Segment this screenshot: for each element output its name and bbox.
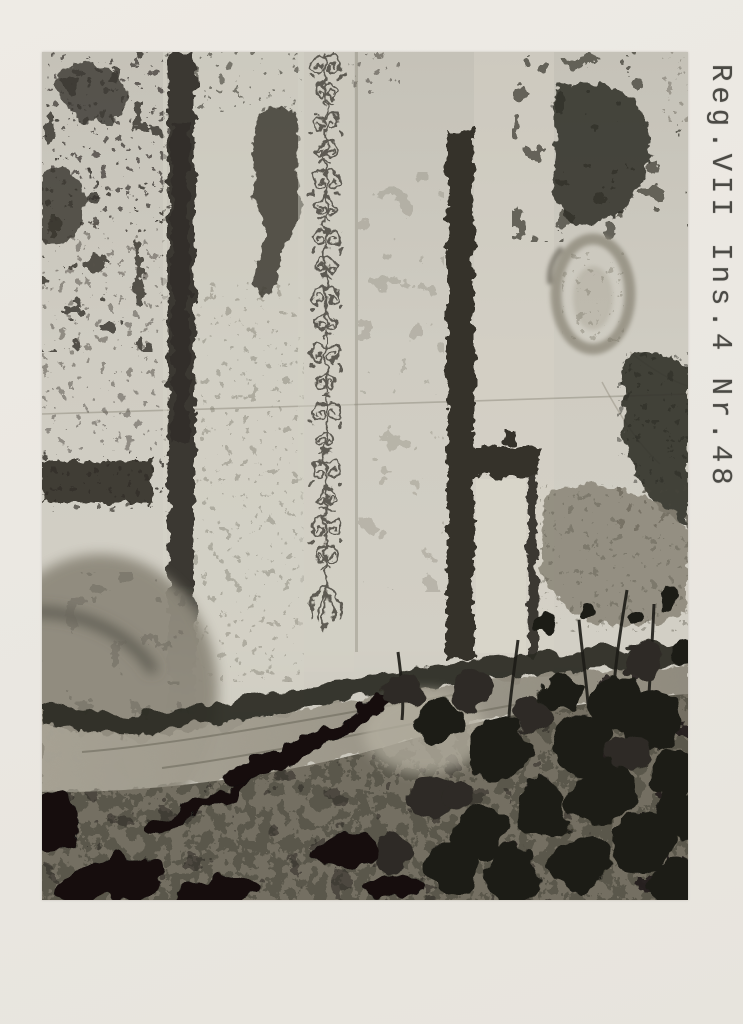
photo-registration-label: Reg.VII Ins.4 Nr.48 [703,64,737,490]
scanned-wall-photograph [42,52,688,900]
wall-photo-illustration [42,52,688,900]
film-grain [42,52,688,900]
